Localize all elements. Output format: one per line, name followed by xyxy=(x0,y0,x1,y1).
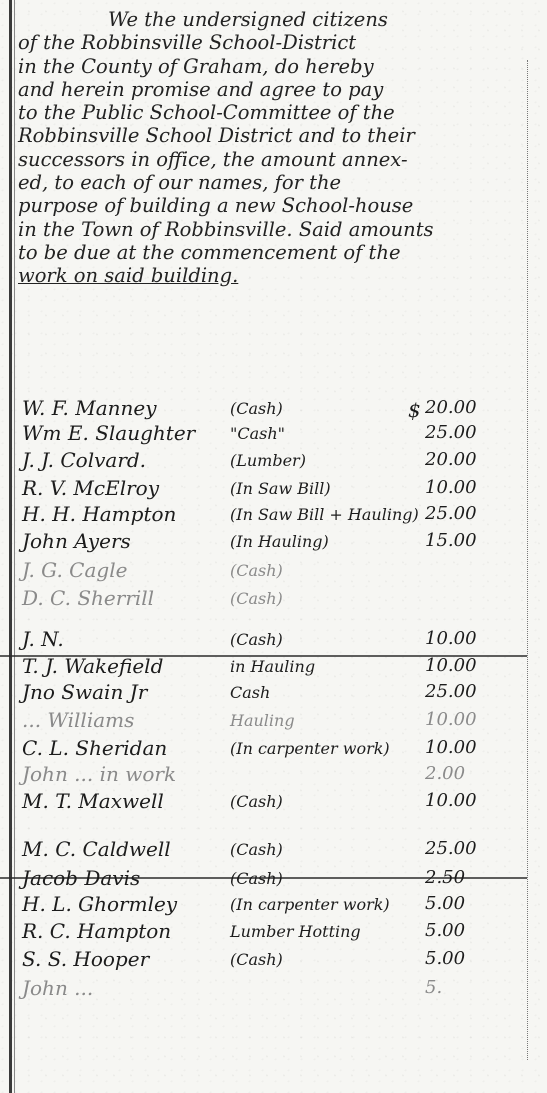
subscription-amount: 20.00 xyxy=(425,397,477,418)
subscriber-row: Wm E. Slaughter"Cash"25.00 xyxy=(0,421,547,447)
subscription-type: (Cash) xyxy=(230,589,283,608)
subscription-amount: 25.00 xyxy=(425,838,477,859)
subscription-type: (Cash) xyxy=(230,950,283,969)
subscriber-name: D. C. Sherrill xyxy=(22,586,154,610)
preamble-line: successors in office, the amount annex- xyxy=(18,148,523,171)
subscriber-row: ... WilliamsHauling10.00 xyxy=(0,708,547,734)
subscription-preamble: We the undersigned citizens of the Robbi… xyxy=(18,8,523,288)
subscriber-name: R. V. McElroy xyxy=(22,476,159,500)
subscriber-name: J. G. Cagle xyxy=(22,558,127,582)
preamble-line: in the Town of Robbinsville. Said amount… xyxy=(18,218,523,241)
subscription-type: Lumber Hotting xyxy=(230,922,361,941)
subscriber-row: Jacob Davis(Cash)2.50 xyxy=(0,866,547,892)
subscriber-row: M. C. Caldwell(Cash)25.00 xyxy=(0,837,547,863)
subscriber-name: R. C. Hampton xyxy=(22,919,171,943)
subscriber-name: John ... in work xyxy=(22,762,176,786)
subscriber-row: R. V. McElroy(In Saw Bill)10.00 xyxy=(0,476,547,502)
subscription-type: (Cash) xyxy=(230,399,283,418)
preamble-line: of the Robbinsville School-District xyxy=(18,31,523,54)
subscriber-name: Jacob Davis xyxy=(22,866,140,890)
subscriber-name: C. L. Sheridan xyxy=(22,736,167,760)
scanned-document-page: We the undersigned citizens of the Robbi… xyxy=(0,0,547,1093)
subscriber-name: ... Williams xyxy=(22,708,134,732)
preamble-line: ed, to each of our names, for the xyxy=(18,171,523,194)
subscriber-row: Jno Swain JrCash25.00 xyxy=(0,680,547,706)
subscriber-name: Wm E. Slaughter xyxy=(22,421,195,445)
subscriber-name: H. H. Hampton xyxy=(22,502,176,526)
subscription-type: (Cash) xyxy=(230,792,283,811)
subscriber-row: J. N.(Cash)10.00 xyxy=(0,627,547,653)
subscriber-name: Jno Swain Jr xyxy=(22,680,147,704)
subscriber-row: H. L. Ghormley(In carpenter work)5.00 xyxy=(0,892,547,918)
subscriber-row: John Ayers(In Hauling)15.00 xyxy=(0,529,547,555)
subscriber-name: W. F. Manney xyxy=(22,396,157,420)
subscriber-row: T. J. Wakefieldin Hauling10.00 xyxy=(0,654,547,680)
subscription-amount: 10.00 xyxy=(425,477,477,498)
preamble-line: purpose of building a new School-house xyxy=(18,194,523,217)
subscriber-row: J. G. Cagle(Cash) xyxy=(0,558,547,584)
preamble-line: in the County of Graham, do hereby xyxy=(18,55,523,78)
subscriber-row: John ... in work2.00 xyxy=(0,762,547,788)
subscription-amount: 10.00 xyxy=(425,709,477,730)
subscription-type: (In Hauling) xyxy=(230,532,329,551)
subscription-type: (In Saw Bill) xyxy=(230,479,331,498)
subscription-amount: 20.00 xyxy=(425,449,477,470)
preamble-line: to be due at the commencement of the xyxy=(18,241,523,264)
subscriber-row: John ...5. xyxy=(0,976,547,1002)
subscription-amount: 2.00 xyxy=(425,763,465,784)
subscription-type: (Cash) xyxy=(230,869,283,888)
subscription-type: (Cash) xyxy=(230,561,283,580)
subscription-amount: 10.00 xyxy=(425,790,477,811)
subscription-amount: 25.00 xyxy=(425,681,477,702)
subscriber-row: S. S. Hooper(Cash)5.00 xyxy=(0,947,547,973)
preamble-line: We the undersigned citizens xyxy=(18,8,523,31)
subscription-type: (Cash) xyxy=(230,630,283,649)
subscriber-name: J. N. xyxy=(22,627,64,651)
subscription-amount: 5.00 xyxy=(425,893,465,914)
subscription-type: "Cash" xyxy=(230,424,285,443)
subscriber-name: H. L. Ghormley xyxy=(22,892,177,916)
subscription-amount: 25.00 xyxy=(425,422,477,443)
subscriber-name: J. J. Colvard. xyxy=(22,448,146,472)
subscriber-row: M. T. Maxwell(Cash)10.00 xyxy=(0,789,547,815)
subscriber-name: M. T. Maxwell xyxy=(22,789,164,813)
subscription-type: in Hauling xyxy=(230,657,315,676)
subscriber-name: M. C. Caldwell xyxy=(22,837,171,861)
preamble-line: work on said building. xyxy=(18,264,523,287)
preamble-line: and herein promise and agree to pay xyxy=(18,78,523,101)
subscriber-name: T. J. Wakefield xyxy=(22,654,163,678)
subscriber-row: J. J. Colvard.(Lumber)20.00 xyxy=(0,448,547,474)
subscriber-name: John ... xyxy=(22,976,93,1000)
subscription-amount: 25.00 xyxy=(425,503,477,524)
subscription-type: Cash xyxy=(230,683,270,702)
preamble-line: to the Public School-Committee of the xyxy=(18,101,523,124)
subscriber-row: C. L. Sheridan(In carpenter work)10.00 xyxy=(0,736,547,762)
preamble-line: Robbinsville School District and to thei… xyxy=(18,124,523,147)
subscription-type: (Lumber) xyxy=(230,451,306,470)
subscriber-row: D. C. Sherrill(Cash) xyxy=(0,586,547,612)
subscription-amount: 10.00 xyxy=(425,628,477,649)
subscription-amount: 5.00 xyxy=(425,948,465,969)
subscription-type: (Cash) xyxy=(230,840,283,859)
subscription-type: (In Saw Bill + Hauling) xyxy=(230,505,419,524)
subscription-amount: 5.00 xyxy=(425,920,465,941)
subscription-amount: 10.00 xyxy=(425,655,477,676)
subscription-amount: 5. xyxy=(425,977,442,998)
subscription-amount: 10.00 xyxy=(425,737,477,758)
subscription-amount: 2.50 xyxy=(425,867,465,888)
subscriber-name: S. S. Hooper xyxy=(22,947,149,971)
subscriber-name: John Ayers xyxy=(22,529,131,553)
subscription-type: (In carpenter work) xyxy=(230,895,390,914)
subscriber-row: H. H. Hampton(In Saw Bill + Hauling)25.0… xyxy=(0,502,547,528)
subscription-amount: 15.00 xyxy=(425,530,477,551)
subscriber-row: W. F. Manney(Cash)20.00 xyxy=(0,396,547,422)
subscription-type: Hauling xyxy=(230,711,295,730)
subscription-type: (In carpenter work) xyxy=(230,739,390,758)
subscriber-row: R. C. HamptonLumber Hotting5.00 xyxy=(0,919,547,945)
